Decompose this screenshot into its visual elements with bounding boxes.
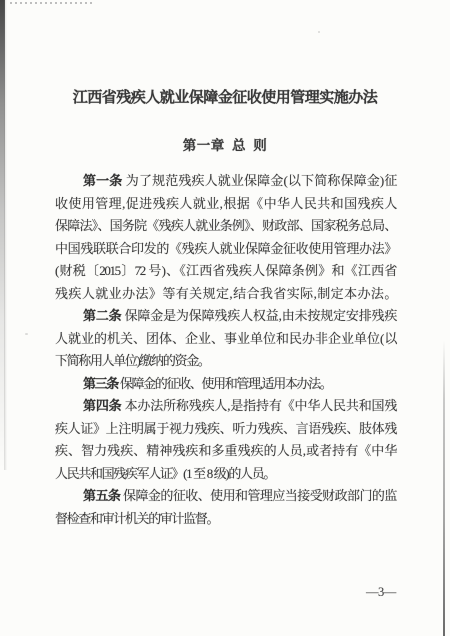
- article-2-line: 第二条 保障金是为保障残疾人权益,由未按规定安排残疾: [55, 305, 396, 328]
- article-1-line: 保障法》、国务院《残疾人就业条例》、财政部、国家税务总局、: [55, 215, 396, 238]
- article-2-line: 人就业的机关、团体、企业、事业单位和民办非企业单位(以: [55, 328, 396, 351]
- document-title: 江西省残疾人就业保障金征收使用管理实施办法: [0, 86, 450, 107]
- scan-edge-shadow-left: [0, 0, 5, 470]
- article-1-line: 中国残联联合印发的《残疾人就业保障金征收使用管理办法》: [55, 238, 396, 261]
- article-4-line: 疾人证》上注明属于视力残疾、听力残疾、言语残疾、肢体残: [55, 418, 396, 441]
- page-number: —3—: [366, 585, 396, 600]
- article-label: 第四条: [83, 398, 122, 413]
- article-1-line: 收使用管理,促进残疾人就业,根据《中华人民共和国残疾人: [55, 193, 396, 216]
- article-5-line: 第五条 保障金的征收、使用和管理应当接受财政部门的监: [55, 485, 396, 508]
- article-3-line: 第三条 保障金的征收、使用和管理,适用本办法。: [55, 373, 396, 396]
- article-2-line: 下简称用人单位)缴纳的资金。: [55, 350, 396, 373]
- article-label: 第二条: [83, 308, 122, 323]
- article-4-line: 第四条 本办法所称残疾人,是指持有《中华人民共和国残: [55, 395, 396, 418]
- document-body: 第一条 为了规范残疾人就业保障金(以下简称保障金)征收使用管理,促进残疾人就业,…: [55, 170, 396, 530]
- article-4-line: 疾、智力残疾、精神残疾和多重残疾的人员,或者持有《中华: [55, 440, 396, 463]
- scan-speck: [25, 333, 28, 335]
- scan-edge-line-right: [443, 340, 445, 636]
- article-1-line: (财税〔2015〕72 号)、《江西省残疾人保障条例》和《江西省: [55, 260, 396, 283]
- article-1-line: 第一条 为了规范残疾人就业保障金(以下简称保障金)征: [55, 170, 396, 193]
- article-label: 第一条: [83, 173, 122, 188]
- scan-dotted-line-top: [10, 2, 95, 4]
- article-label: 第三条: [83, 376, 118, 391]
- article-4-line: 人民共和国残疾军人证》(1 至 8 级)的人员。: [55, 463, 396, 486]
- chapter-heading: 第一章 总 则: [0, 134, 450, 154]
- article-1-line: 残疾人就业办法》等有关规定,结合我省实际,制定本办法。: [55, 283, 396, 306]
- article-5-line: 督检查和审计机关的审计监督。: [55, 508, 396, 531]
- scanned-document-page: 江西省残疾人就业保障金征收使用管理实施办法 第一章 总 则 第一条 为了规范残疾…: [0, 0, 450, 636]
- article-label: 第五条: [83, 488, 120, 503]
- scan-speck: [318, 31, 320, 33]
